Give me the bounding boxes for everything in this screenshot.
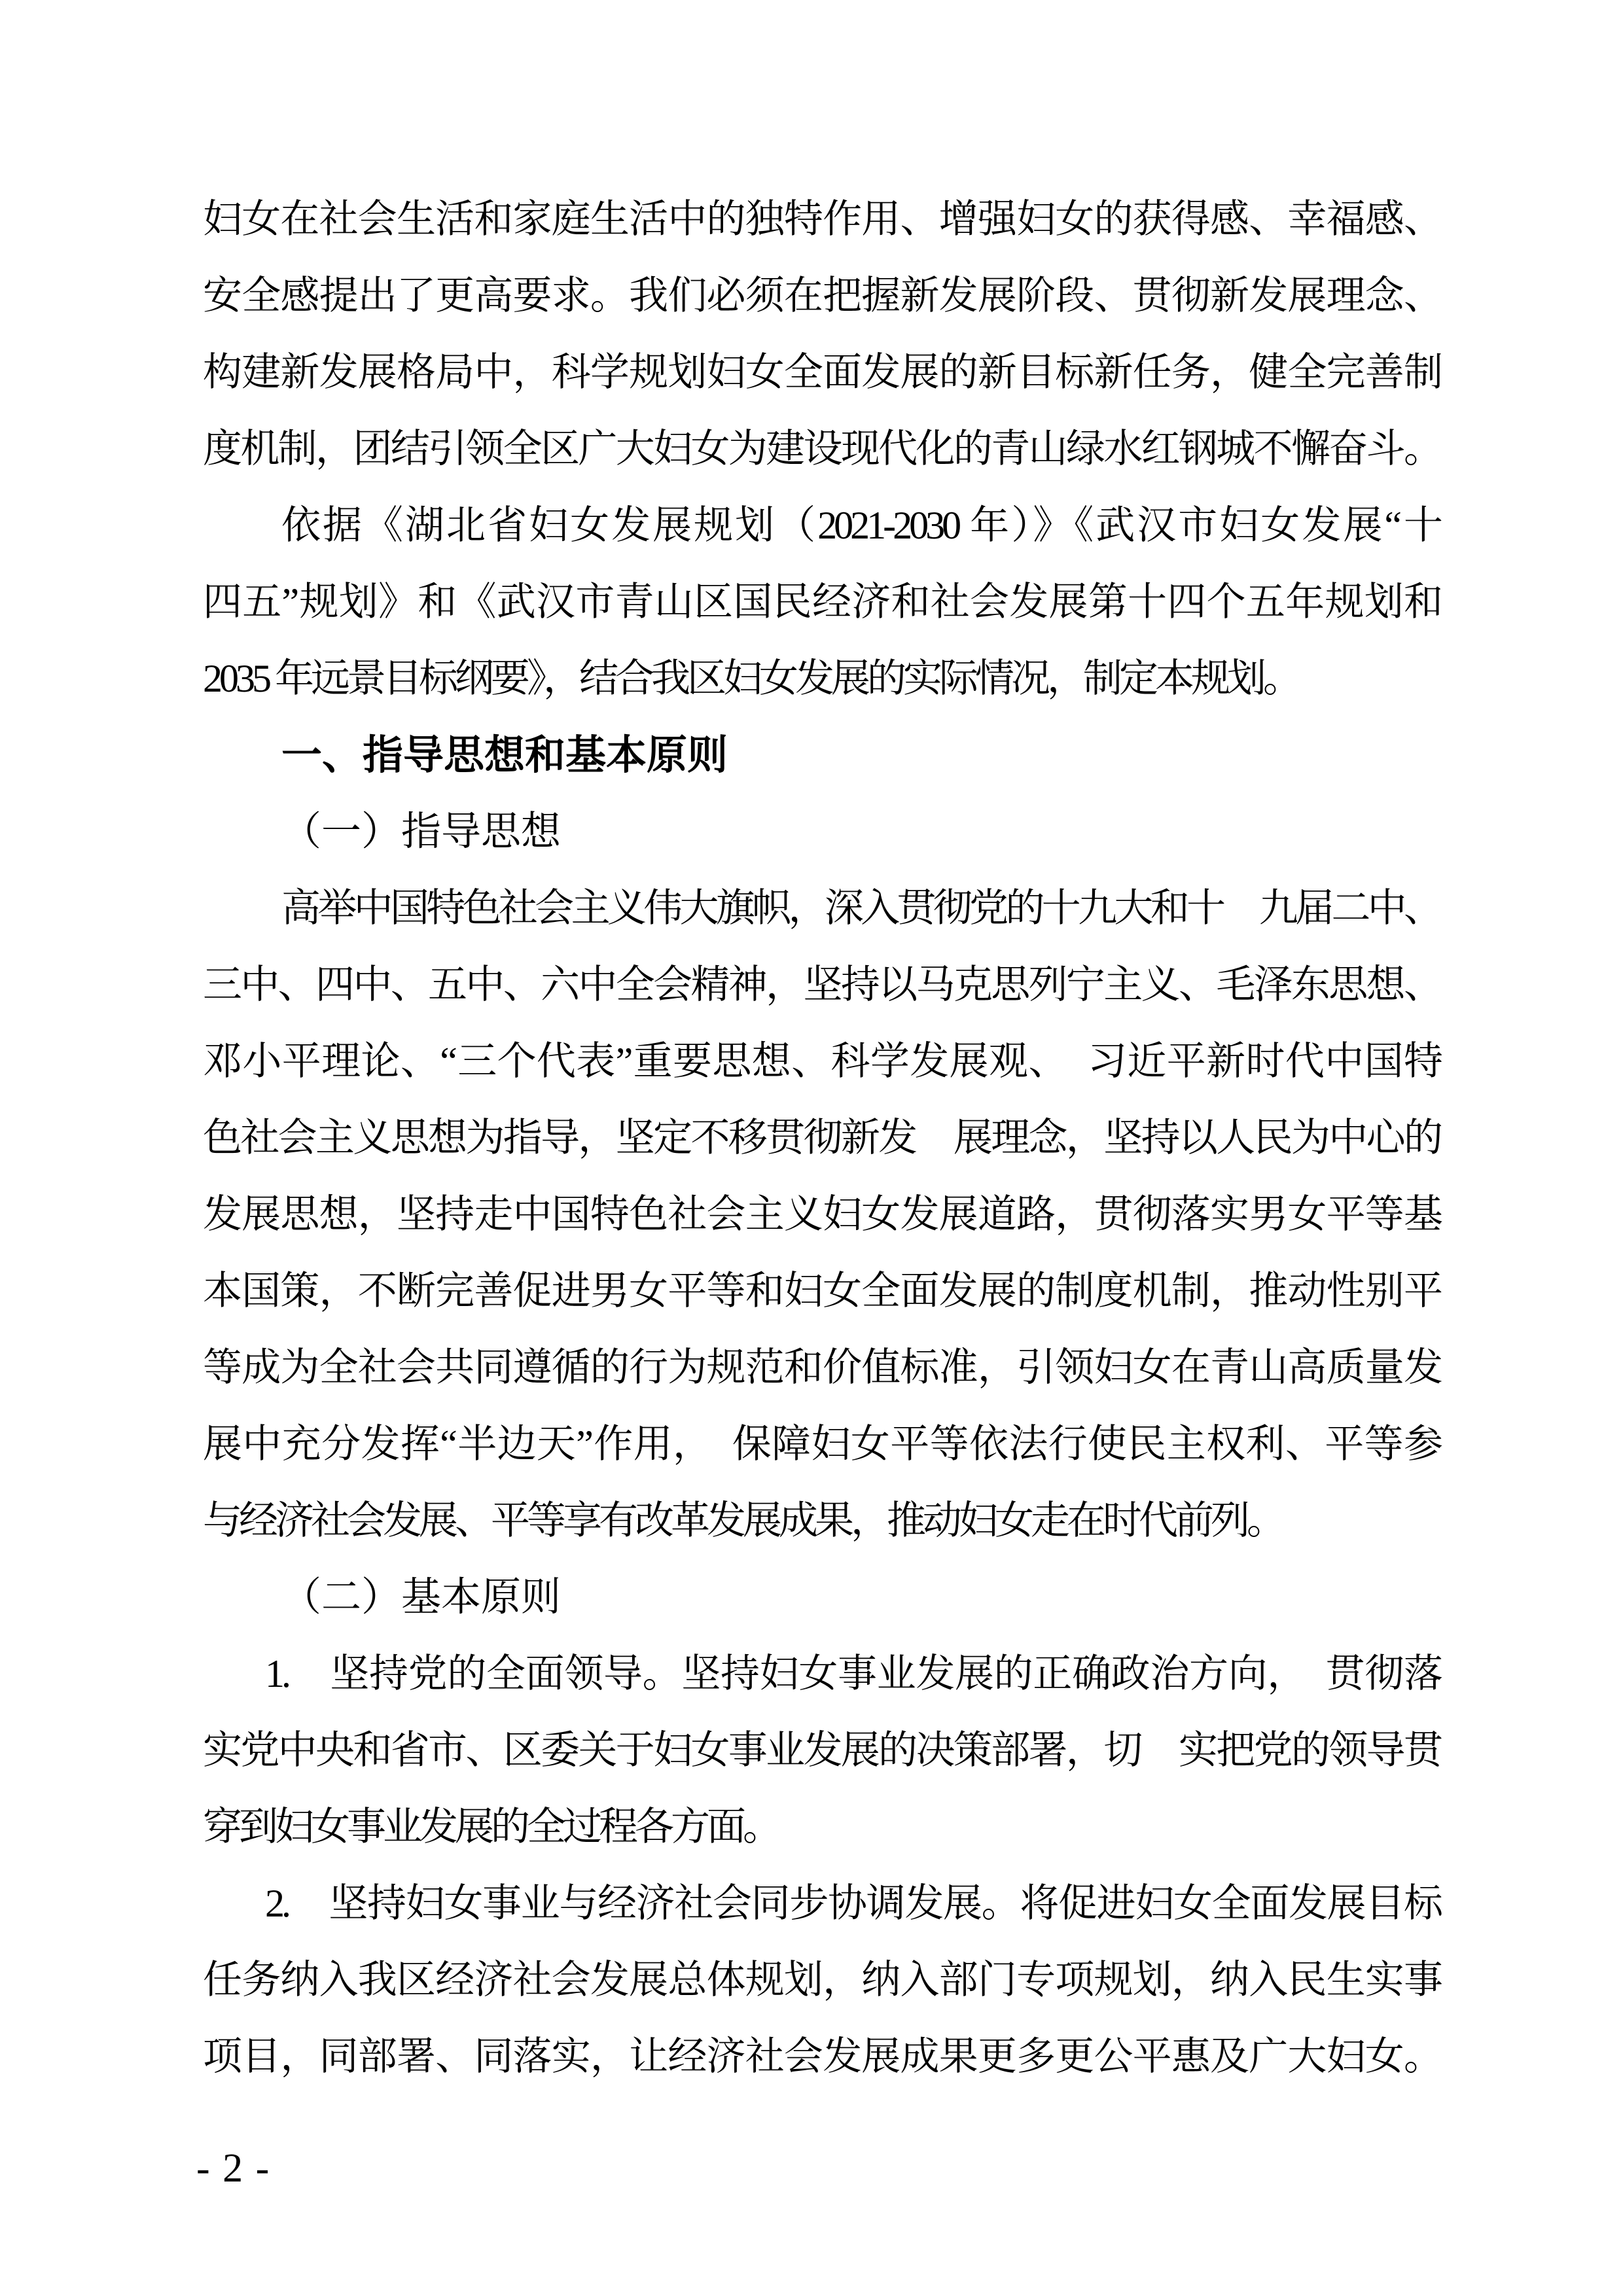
section-heading: 一、指导思想和基本原则 — [203, 717, 1440, 794]
document-text-block: 妇女在社会生活和家庭生活中的独特作用、增强妇女的获得感、幸福感、 安全感提出了更… — [203, 181, 1440, 2095]
text-line: 高举中国特色社会主义伟大旗帜，深入贯彻党的十九大和十 九届二中、 — [203, 870, 1440, 947]
text-line: 依据《湖北省妇女发展规划（2021-2030 年）》《武汉市妇女发展“十 — [203, 487, 1440, 564]
numbered-item-line: 2. 坚持妇女事业与经济社会同步协调发展。将促进妇女全面发展目标 — [203, 1865, 1440, 1942]
text-line: 项目，同部署、同落实，让经济社会发展成果更多更公平惠及广大妇女。 — [203, 2019, 1440, 2095]
text-line: 色社会主义思想为指导，坚定不移贯彻新发 展理念，坚持以人民为中心的 — [203, 1100, 1440, 1176]
text-line: 邓小平理论、“三个代表”重要思想、科学发展观、 习近平新时代中国特 — [203, 1023, 1440, 1100]
text-line: 安全感提出了更高要求。我们必须在把握新发展阶段、贯彻新发展理念、 — [203, 258, 1440, 334]
text-line: 本国策，不断完善促进男女平等和妇女全面发展的制度机制，推动性别平 — [203, 1253, 1440, 1330]
text-line: 三中、四中、五中、六中全会精神，坚持以马克思列宁主义、毛泽东思想、 — [203, 947, 1440, 1023]
text-line: 构建新发展格局中，科学规划妇女全面发展的新目标新任务，健全完善制 — [203, 334, 1440, 411]
text-line: 与经济社会发展、平等享有改革发展成果，推动妇女走在时代前列。 — [203, 1483, 1440, 1559]
document-page: 妇女在社会生活和家庭生活中的独特作用、增强妇女的获得感、幸福感、 安全感提出了更… — [0, 0, 1623, 2296]
text-line: 实党中央和省市、区委关于妇女事业发展的决策部署，切 实把党的领导贯 — [203, 1712, 1440, 1789]
text-line: 妇女在社会生活和家庭生活中的独特作用、增强妇女的获得感、幸福感、 — [203, 181, 1440, 258]
text-line: 2035 年远景目标纲要》，结合我区妇女发展的实际情况，制定本规划。 — [203, 641, 1440, 717]
text-line: 四五”规划》和《武汉市青山区国民经济和社会发展第十四个五年规划和 — [203, 564, 1440, 641]
subheading-guiding-ideology: （一）指导思想 — [203, 794, 1440, 870]
text-line: 度机制，团结引领全区广大妇女为建设现代化的青山绿水红钢城不懈奋斗。 — [203, 411, 1440, 487]
text-line: 任务纳入我区经济社会发展总体规划，纳入部门专项规划，纳入民生实事 — [203, 1942, 1440, 2019]
text-line: 发展思想，坚持走中国特色社会主义妇女发展道路，贯彻落实男女平等基 — [203, 1176, 1440, 1253]
text-line: 展中充分发挥“半边天”作用， 保障妇女平等依法行使民主权利、平等参 — [203, 1406, 1440, 1483]
subheading-basic-principles: （二）基本原则 — [203, 1559, 1440, 1636]
numbered-item-line: 1. 坚持党的全面领导。坚持妇女事业发展的正确政治方向， 贯彻落 — [203, 1636, 1440, 1712]
text-line: 等成为全社会共同遵循的行为规范和价值标准，引领妇女在青山高质量发 — [203, 1330, 1440, 1406]
text-line: 穿到妇女事业发展的全过程各方面。 — [203, 1789, 1440, 1865]
page-number: - 2 - — [196, 2148, 270, 2189]
